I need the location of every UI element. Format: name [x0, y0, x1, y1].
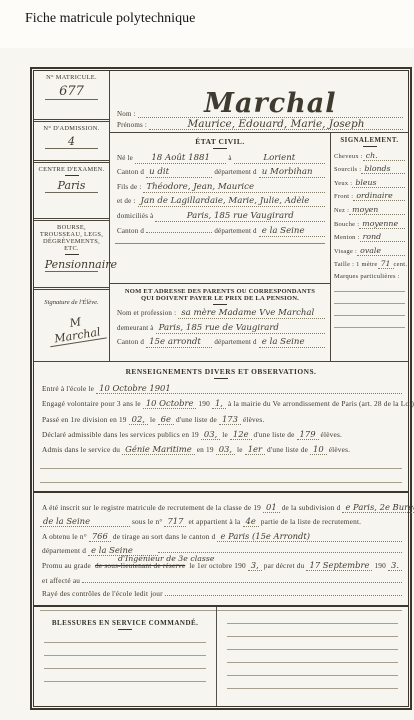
sourcils-label: Sourcils : [334, 166, 361, 173]
birth-at-label: à [226, 154, 233, 162]
parents-departement-label: département d [212, 338, 258, 346]
renseignements-heading: RENSEIGNEMENTS DIVERS ET OBSERVATIONS. [40, 367, 402, 376]
heading-flourish [65, 175, 79, 176]
seine-value: de la Seine [40, 517, 130, 527]
division-year-value: 02, [129, 415, 148, 425]
birth-date-value: 18 Août 1881 [135, 154, 226, 164]
appartient-label: et appartient à la [186, 517, 242, 526]
marques-label: Marques particulières : [334, 273, 405, 280]
departement-line: département d e la Seine [40, 546, 402, 556]
promu-year-value: 3, [248, 561, 262, 571]
admissible-label: Déclaré admissible dans les services pub… [40, 430, 201, 439]
service-eleves-label: élèves. [327, 445, 352, 454]
taille-value: 71 [378, 259, 394, 269]
subdivision-label: de la subdivision d [280, 503, 343, 512]
signalement-row: Visage : ovale [334, 246, 405, 256]
engagement-date-value: 10 Octobre [143, 399, 197, 409]
identity-block: Nom : Marchal Prénoms : Maurice, Edouard… [110, 71, 408, 133]
nez-label: Nez : [334, 207, 349, 214]
mother-value: Jan de Lagillardaie, Marie, Julie, Adèle [138, 197, 325, 207]
classe-year-value: 01 [263, 503, 280, 513]
signalement-row: Cheveux : ch. [334, 151, 405, 161]
tirage-canton-value: e Paris (15e Arrondt) [217, 532, 402, 542]
admissible-eleves-label: élèves. [319, 430, 344, 439]
decret-year-value: 3. [388, 561, 402, 571]
prenoms-line: Prénoms : Maurice, Edouard, Marie, Josep… [115, 120, 403, 130]
division-rank-value: 6e [158, 415, 174, 425]
numero-value: 717 [164, 517, 186, 527]
service-name-value: Génie Maritime [122, 445, 195, 455]
heading-flourish [214, 378, 228, 379]
nom-line: Nom : Marchal [115, 74, 403, 118]
prenoms-value: Maurice, Edouard, Marie, Joseph [149, 120, 403, 130]
departement-value: u Morbihan [259, 168, 325, 178]
blank-ruled-line [44, 630, 206, 643]
etat-civil-heading: ÉTAT CIVIL. [115, 137, 325, 146]
signature-label: Signature de l'Élève. [38, 299, 105, 306]
decret-label: par décret du [262, 561, 307, 570]
yeux-label: Yeux : [334, 180, 352, 187]
card-inner-border: N° MATRICULE. 677 N° D'ADMISSION. 4 CENT… [33, 70, 409, 707]
admissible-rank-value: 12e [230, 430, 252, 440]
division-label: Passé en 1re division en 19 [40, 415, 129, 424]
entree-label: Entré à l'école le [40, 384, 96, 393]
service-label: Admis dans le service du [40, 445, 122, 454]
blank-ruled-line [227, 650, 398, 663]
canton2-line: Canton d département d e la Seine [115, 227, 325, 237]
heading-flourish [65, 254, 79, 255]
canton-value: u dit [146, 168, 212, 178]
prenoms-label: Prénoms : [115, 121, 149, 129]
centre-examen-box: CENTRE D'EXAMEN. Paris [34, 163, 109, 218]
grade-insert-value: d'Ingénieur de 3e classe [118, 554, 214, 563]
birth-place-value: Lorient [234, 154, 325, 164]
left-column: N° MATRICULE. 677 N° D'ADMISSION. 4 CENT… [34, 71, 110, 361]
tirage-canton-label: de tirage au sort dans le canton d [111, 532, 218, 541]
mother-label: et de : [115, 197, 138, 205]
address-value: Paris, 185 rue de Vaugirard [156, 324, 325, 334]
bourse-box: BOURSE, TROUSSEAU, LEGS, DÉGRÈVEMENTS, E… [34, 221, 109, 287]
signalement-row: Sourcils : blonds [334, 164, 405, 174]
dotted-fill [165, 595, 402, 596]
birth-label: Né le [115, 154, 135, 162]
taille-row: Taille : 1 mètre 71 cent. [334, 259, 405, 269]
profession-label: Nom et profession : [115, 309, 178, 317]
blank-ruled-line [44, 643, 206, 656]
engagement-line: Engagé volontaire pour 3 ans le 10 Octob… [40, 399, 402, 409]
domicile-label: domiciliés à [115, 212, 155, 220]
front-label: Front : [334, 193, 353, 200]
sourcils-value: blonds [361, 164, 405, 174]
entree-date-value: 10 Octobre 1901 [96, 384, 402, 394]
division-total-value: 173 [219, 415, 241, 425]
parents-address-line: demeurant à Paris, 185 rue de Vaugirard [115, 324, 325, 334]
page-title: Fiche matricule polytechnique [25, 11, 195, 27]
blank-ruled-line [40, 471, 402, 483]
engagement-label: Engagé volontaire pour 3 ans le [40, 399, 143, 408]
entree-line: Entré à l'école le 10 Octobre 1901 [40, 384, 402, 394]
blank-ruled-line [334, 316, 405, 328]
blank-ruled-line [227, 637, 398, 650]
centre-examen-label: CENTRE D'EXAMEN. [38, 166, 105, 173]
nom-value: Marchal [138, 91, 403, 118]
affectation-line: et affecté au [40, 576, 402, 585]
heading-flourish [363, 146, 377, 147]
blessures-heading: BLESSURES EN SERVICE COMMANDÉ. [44, 619, 206, 627]
matricule-label: N° MATRICULE. [38, 74, 105, 81]
bouche-label: Bouche : [334, 221, 359, 228]
birth-line: Né le 18 Août 1881 à Lorient [115, 154, 325, 164]
admission-service-line: Admis dans le service du Génie Maritime … [40, 445, 402, 455]
tirage-line: A obtenu le n° 766 de tirage au sort dan… [40, 532, 402, 542]
menton-label: Menton : [334, 234, 360, 241]
admissible-liste-label: d'une liste de [252, 430, 297, 439]
numero-label: sous le n° [130, 517, 164, 526]
top-block: N° MATRICULE. 677 N° D'ADMISSION. 4 CENT… [34, 71, 408, 361]
father-line: Fils de : Théodore, Jean, Maurice [115, 183, 325, 193]
parents-heading-2: QUI DOIVENT PAYER LE PRIX DE LA PENSION. [115, 295, 325, 302]
liste-recrutement-label: partie de la liste de recrutement. [259, 517, 402, 526]
blank-ruled-line [334, 292, 405, 304]
domicile-line: domiciliés à Paris, 185 rue Vaugirard [115, 212, 325, 222]
cheveux-label: Cheveux : [334, 153, 363, 160]
domicile-value: Paris, 185 rue Vaugirard [155, 212, 325, 222]
middle-columns: ÉTAT CIVIL. Né le 18 Août 1881 à Lorient… [110, 133, 408, 361]
bourse-value: Pensionnaire [45, 258, 99, 272]
nom-label: Nom : [115, 110, 138, 118]
raye-label: Rayé des contrôles de l'école ledit jour [40, 589, 165, 598]
registre-line-1: A été inscrit sur le registre matricule … [40, 503, 402, 513]
parents-departement-value: e la Seine [259, 338, 325, 348]
engagement-suite-label: à la mairie du Ve arrondissement de Pari… [226, 399, 414, 408]
canton2-label: Canton d [115, 227, 146, 235]
raye-line: Rayé des contrôles de l'école ledit jour [40, 589, 402, 598]
matricule-box: N° MATRICULE. 677 [34, 71, 109, 119]
signalement-row: Front : ordinaire [334, 191, 405, 201]
recrutement-section: A été inscrit sur le registre matricule … [34, 491, 408, 605]
blank-ruled-line [44, 656, 206, 669]
blank-ruled-line [227, 663, 398, 676]
admission-label: N° D'ADMISSION. [38, 125, 105, 132]
service-total-value: 10 [310, 445, 327, 455]
etat-civil-section: ÉTAT CIVIL. Né le 18 Août 1881 à Lorient… [110, 133, 330, 283]
mother-line: et de : Jan de Lagillardaie, Marie, Juli… [115, 197, 325, 207]
admissible-line: Déclaré admissible dans les services pub… [40, 430, 402, 440]
tirage-numero-value: 766 [89, 532, 111, 542]
centre-examen-value: Paris [45, 179, 99, 193]
canton-line: Canton d u dit département d u Morbihan [115, 168, 325, 178]
parents-profession-line: Nom et profession : sa mère Madame Vve M… [115, 309, 325, 319]
promotion-line: d'Ingénieur de 3e classe Promu au grade … [40, 561, 402, 571]
canton-label: Canton d [115, 168, 146, 176]
canton2-value [146, 232, 212, 233]
engagement-year-label: 190 [196, 399, 212, 408]
blank-ruled-line [40, 457, 402, 469]
visage-label: Visage : [334, 248, 357, 255]
partie-value: 4e [243, 517, 259, 527]
heading-flourish [213, 148, 227, 149]
parents-section: NOM ET ADRESSE DES PARENTS OU CORRESPOND… [110, 283, 330, 361]
admission-box: N° D'ADMISSION. 4 [34, 122, 109, 160]
bourse-label: BOURSE, TROUSSEAU, LEGS, DÉGRÈVEMENTS, E… [38, 224, 105, 252]
section-rule [115, 243, 325, 244]
signalement-heading: SIGNALEMENT. [334, 137, 405, 144]
admissible-total-value: 179 [297, 430, 319, 440]
signalement-row: Bouche : moyenne [334, 219, 405, 229]
main-area: Nom : Marchal Prénoms : Maurice, Edouard… [110, 71, 408, 361]
signalement-row: Yeux : bleus [334, 178, 405, 188]
service-le-label: le [235, 445, 245, 454]
taille-label: Taille : 1 mètre [334, 261, 378, 268]
heading-flourish [213, 304, 227, 305]
signalement-row: Menton : rond [334, 232, 405, 242]
dotted-fill [82, 582, 402, 583]
registre-line-2: de la Seine sous le n° 717 et appartient… [40, 517, 402, 527]
recrut-departement-label: département d [40, 546, 88, 555]
father-value: Théodore, Jean, Maurice [143, 183, 325, 193]
center-column: ÉTAT CIVIL. Né le 18 Août 1881 à Lorient… [110, 133, 330, 361]
engagement-year-value: 1, [212, 399, 226, 409]
premiere-division-line: Passé en 1re division en 19 02, le 6e d'… [40, 415, 402, 425]
promu-label: Promu au grade [40, 561, 93, 570]
matricule-value: 677 [45, 84, 99, 100]
signalement-section: SIGNALEMENT. Cheveux : ch. Sourcils : bl… [330, 133, 408, 361]
taille-suffix: cent. [394, 261, 408, 268]
signature-box: Signature de l'Élève. M Marchal [34, 290, 109, 361]
decret-year-label: 190 [372, 561, 388, 570]
fiche-matricule-card: N° MATRICULE. 677 N° D'ADMISSION. 4 CENT… [30, 67, 412, 710]
departement-label: département d [212, 168, 258, 176]
departement2-label: département d [212, 227, 258, 235]
blessures-section: BLESSURES EN SERVICE COMMANDÉ. [34, 605, 408, 706]
registre-label: A été inscrit sur le registre matricule … [40, 503, 263, 512]
service-rank-value: 1er [245, 445, 265, 455]
profession-value: sa mère Madame Vve Marchal [178, 309, 325, 319]
departement2-value: e la Seine [259, 227, 325, 237]
admission-value: 4 [45, 135, 99, 149]
blessures-left-cell: BLESSURES EN SERVICE COMMANDÉ. [34, 607, 217, 706]
division-le-label: le [148, 415, 158, 424]
division-liste-label: d'une liste de [174, 415, 219, 424]
blank-ruled-line [227, 624, 398, 637]
decret-date-value: 17 Septembre [306, 561, 372, 571]
admissible-year-value: 03, [201, 430, 220, 440]
cheveux-value: ch. [363, 151, 405, 161]
blessures-right-cell [217, 607, 408, 706]
division-eleves-label: élèves. [241, 415, 266, 424]
blank-ruled-line [334, 304, 405, 316]
signalement-row: Nez : moyen [334, 205, 405, 215]
admissible-le-label: le [220, 430, 230, 439]
front-value: ordinaire [353, 191, 405, 201]
tirage-label: A obtenu le n° [40, 532, 89, 541]
parents-canton-line: Canton d 15e arrondt département d e la … [115, 338, 325, 348]
yeux-value: bleus [352, 178, 405, 188]
affectation-label: et affecté au [40, 576, 82, 585]
blank-ruled-line [227, 676, 398, 689]
father-label: Fils de : [115, 183, 143, 191]
parents-canton-value: 15e arrondt [146, 338, 212, 348]
blank-ruled-line [227, 611, 398, 624]
visage-value: ovale [357, 246, 405, 256]
menton-value: rond [360, 232, 405, 242]
service-year-label: en 19 [195, 445, 216, 454]
blank-ruled-line [334, 280, 405, 292]
parents-heading-1: NOM ET ADRESSE DES PARENTS OU CORRESPOND… [115, 288, 325, 295]
nez-value: moyen [349, 205, 405, 215]
parents-canton-label: Canton d [115, 338, 146, 346]
address-label: demeurant à [115, 324, 156, 332]
student-signature: M Marchal [46, 312, 106, 348]
service-year-value: 03, [216, 445, 235, 455]
blank-ruled-line [44, 669, 206, 682]
bouche-value: moyenne [359, 219, 405, 229]
subdivision-value: e Paris, 2e Bureau [342, 503, 414, 513]
renseignements-section: RENSEIGNEMENTS DIVERS ET OBSERVATIONS. E… [34, 361, 408, 491]
service-liste-label: d'une liste de [265, 445, 310, 454]
